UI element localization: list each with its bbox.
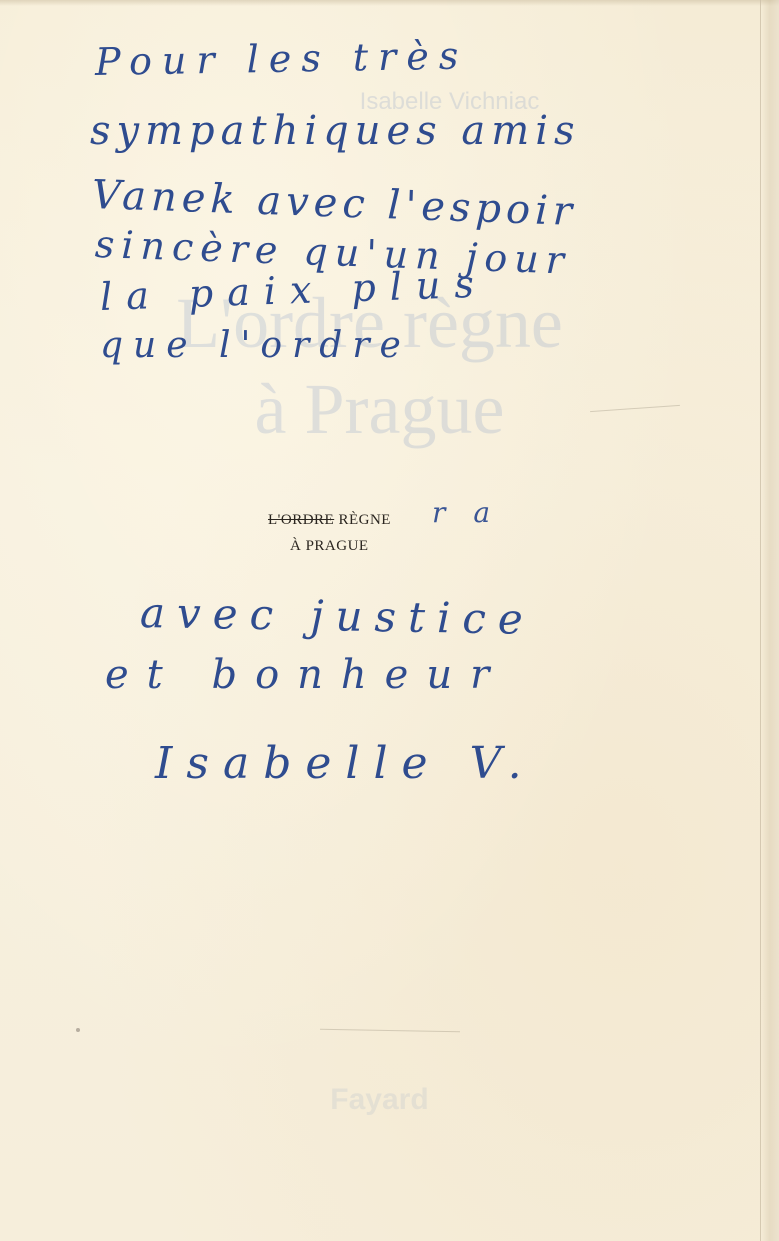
show-through-publisher: Fayard	[0, 1083, 769, 1117]
page-right-edge	[760, 0, 779, 1241]
show-through-title-line2: à Prague	[0, 368, 769, 451]
half-title-line2: À PRAGUE	[290, 538, 369, 555]
book-title-page: Isabelle Vichniac L'ordre règne à Prague…	[0, 0, 779, 1241]
paper-crease	[320, 1029, 460, 1032]
page-top-edge	[0, 0, 779, 6]
dedication-line-6: que l'ordre	[100, 325, 411, 366]
struck-word: L'ORDRE	[268, 512, 334, 528]
closing-line-2: et bonheur	[105, 652, 507, 698]
closing-line-1: avec justice	[140, 588, 536, 644]
dedication-line-1: Pour les très	[95, 33, 469, 84]
half-title-line1: L'ORDRE RÈGNE	[268, 512, 391, 529]
signature: Isabelle V.	[155, 738, 536, 789]
handwritten-insert: ra	[432, 496, 518, 529]
half-title-word: RÈGNE	[338, 512, 391, 528]
paper-speck	[76, 1028, 80, 1032]
dedication-line-2: sympathiques amis	[90, 108, 581, 154]
